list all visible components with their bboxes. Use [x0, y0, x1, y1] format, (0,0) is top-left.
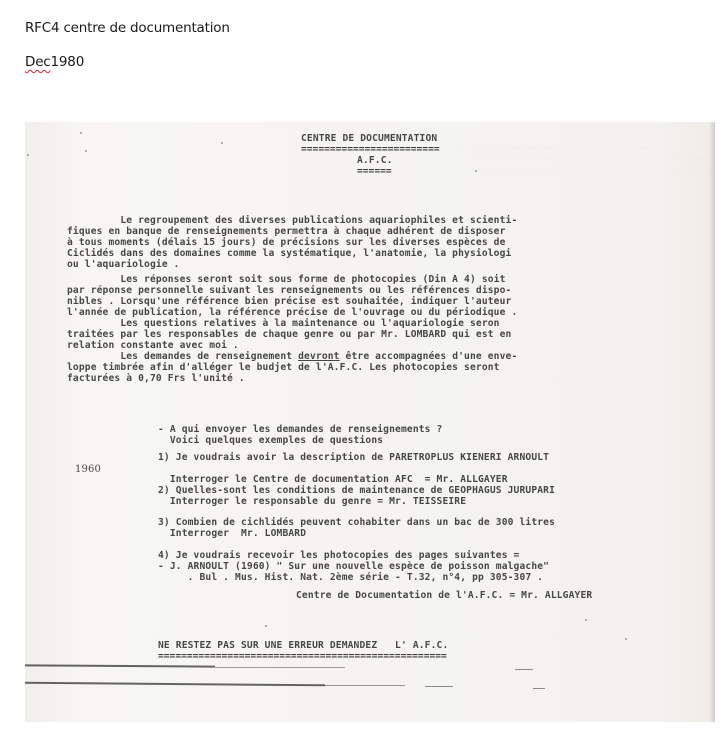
- example-3-answer: Interroger Mr. LOMBARD: [158, 528, 306, 539]
- paragraph-line: par réponse personnelle suivant les rens…: [67, 285, 517, 296]
- scan-speck: [625, 638, 627, 640]
- paragraph-line: Le regroupement des diverses publication…: [67, 215, 517, 226]
- paragraph-line: relation constante avec moi .: [67, 340, 517, 351]
- paragraph-line: ou l'aquariologie .: [67, 259, 517, 270]
- para3-text: Les demandes de renseignement: [67, 351, 298, 362]
- scan-rule-line: [533, 688, 545, 689]
- scan-speck: [265, 625, 267, 627]
- bleed-through-text: ........................................…: [455, 142, 715, 172]
- paragraph-line: Les réponses seront soit sous forme de p…: [67, 274, 517, 285]
- scan-speck: [585, 619, 587, 621]
- example-4-question: 4) Je voudrais recevoir les photocopies …: [158, 550, 519, 561]
- scanned-document-page: ........................................…: [25, 122, 715, 722]
- scan-speck: [80, 132, 82, 134]
- para3-text-after: être accompagnées d'une enve-: [340, 351, 518, 362]
- scan-speck: [85, 150, 87, 152]
- doc-heading-rule: ========================: [301, 144, 440, 155]
- doc-heading: CENTRE DE DOCUMENTATION: [301, 133, 437, 144]
- example-1-question: 1) Je voudrais avoir la description de P…: [158, 452, 549, 463]
- date-year: 1980: [51, 54, 85, 70]
- scan-rule-line: [215, 667, 345, 668]
- paragraph-line: Ciclidés dans des domaines comme la syst…: [67, 248, 517, 259]
- para3-underlined-word: devront: [298, 351, 339, 362]
- paragraph-requests: Les demandes de renseignement devront êt…: [67, 351, 517, 384]
- handwritten-margin-note: 1960: [75, 464, 101, 475]
- paragraph-line: traitées par les responsables de chaque …: [67, 329, 517, 340]
- paragraph-line: à tous moments (délais 15 jours) de préc…: [67, 237, 517, 248]
- example-3-question: 3) Combien de cichlidés peuvent cohabite…: [158, 517, 555, 528]
- paragraph-intro: Le regroupement des diverses publication…: [67, 215, 517, 270]
- scan-rule-line: [425, 686, 453, 687]
- question-intro-line1: - A qui envoyer les demandes de renseign…: [158, 424, 442, 435]
- signature-line: Centre de Documentation de l'A.F.C. = Mr…: [296, 590, 592, 601]
- example-1-answer: Interroger le Centre de documentation AF…: [158, 474, 508, 485]
- scan-rule-line: [325, 685, 405, 686]
- closing-slogan: NE RESTEZ PAS SUR UNE ERREUR DEMANDEZ L'…: [158, 640, 448, 651]
- paragraph-line: nibles . Lorsqu'une référence bien préci…: [67, 296, 517, 307]
- doc-org-rule: ======: [357, 166, 392, 177]
- para3-line2: loppe timbrée afin d'alléger le budjet d…: [67, 362, 517, 373]
- doc-org-name: A.F.C.: [357, 155, 393, 166]
- document-header-date: Dec1980: [25, 54, 84, 70]
- example-2-answer: Interroger le responsable du genre = Mr.…: [158, 496, 466, 507]
- scan-rule-line: [515, 669, 533, 670]
- example-4-reference-detail: . Bul . Mus. Hist. Nat. 2ème série - T.3…: [158, 572, 543, 583]
- scan-rule-line: [25, 682, 325, 687]
- example-2-question: 2) Quelles-sont les conditions de mainte…: [158, 485, 555, 496]
- para3-line3: facturées à 0,70 Frs l'unité .: [67, 373, 517, 384]
- scan-speck: [475, 170, 477, 172]
- example-4-reference: - J. ARNOULT (1960) " Sur une nouvelle e…: [158, 561, 549, 572]
- scan-speck: [325, 332, 327, 334]
- scan-rule-line: [25, 664, 215, 667]
- paragraph-line: fiques en banque de renseignements perme…: [67, 226, 517, 237]
- paragraph-responses: Les réponses seront soit sous forme de p…: [67, 274, 517, 351]
- spellcheck-flagged-word: Dec: [25, 54, 51, 70]
- question-intro-line2: Voici quelques exemples de questions: [158, 435, 383, 446]
- scan-speck: [221, 142, 223, 144]
- paragraph-line: Les questions relatives à la maintenance…: [67, 318, 517, 329]
- document-header-title: RFC4 centre de documentation: [25, 20, 230, 36]
- scan-speck: [27, 154, 29, 156]
- paragraph-line: l'année de publication, la référence pré…: [67, 307, 517, 318]
- closing-rule: ========================================…: [158, 651, 447, 662]
